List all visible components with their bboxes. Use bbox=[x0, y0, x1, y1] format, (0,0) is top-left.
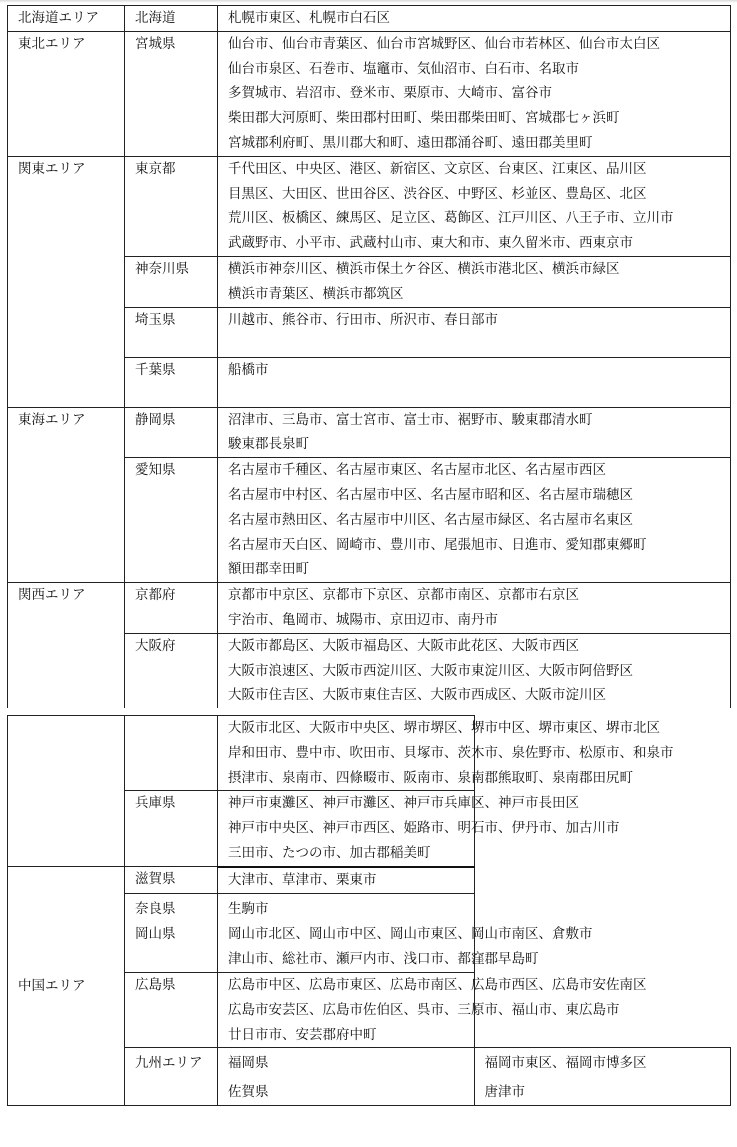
service-area-table-part2: 大阪市北区、大阪市中央区、堺市堺区、堺市中区、堺市東区、堺市北区 岸和田市、豊中… bbox=[7, 715, 731, 1106]
cities-line: 額田郡幸田町 bbox=[228, 557, 730, 582]
page-top-edge bbox=[0, 0, 737, 3]
prefecture-cell: 福岡県 佐賀県 bbox=[218, 1048, 475, 1106]
prefecture-cell: 埼玉県 bbox=[125, 307, 218, 357]
cities-cell: 名古屋市千種区、名古屋市東区、名古屋市北区、名古屋市西区 名古屋市中村区、名古屋… bbox=[218, 458, 731, 583]
cities-line: 宮城郡利府町、黒川郡大和町、遠田郡涌谷町、遠田郡美里町 bbox=[228, 131, 730, 156]
table-row: 北海道エリア 北海道 札幌市東区、札幌市白石区 bbox=[8, 6, 731, 32]
cities-line: 仙台市泉区、石巻市、塩竈市、気仙沼市、白石市、名取市 bbox=[228, 57, 730, 82]
area-cell: 関西エリア bbox=[8, 583, 125, 708]
cities-line: 宇治市、亀岡市、城陽市、京田辺市、南丹市 bbox=[228, 608, 730, 633]
cities-cell: 大阪市北区、大阪市中央区、堺市堺区、堺市中区、堺市東区、堺市北区 岸和田市、豊中… bbox=[218, 716, 475, 791]
cities-line: 京都市中京区、京都市下京区、京都市南区、京都市右京区 bbox=[228, 583, 730, 608]
prefecture-saga: 佐賀県 bbox=[228, 1080, 474, 1105]
cities-line: 札幌市東区、札幌市白石区 bbox=[228, 6, 730, 31]
prefecture-cell: 千葉県 bbox=[125, 357, 218, 407]
prefecture-cell: 大阪府 bbox=[125, 633, 218, 708]
cities-line: 大阪市住吉区、大阪市東住吉区、大阪市西成区、大阪市淀川区 bbox=[228, 683, 730, 708]
prefecture-cell: 広島県 bbox=[125, 972, 218, 1047]
cities-cell: 川越市、熊谷市、行田市、所沢市、春日部市 bbox=[218, 307, 731, 357]
cities-cell: 横浜市神奈川区、横浜市保土ケ谷区、横浜市港北区、横浜市緑区 横浜市青葉区、横浜市… bbox=[218, 256, 731, 307]
cities-line: 三田市、たつの市、加古郡稲美町 bbox=[228, 841, 474, 866]
cities-line: 川越市、熊谷市、行田市、所沢市、春日部市 bbox=[228, 308, 730, 333]
cities-cell: 船橋市 bbox=[218, 357, 731, 407]
cities-line: 名古屋市熱田区、名古屋市中川区、名古屋市緑区、名古屋市名東区 bbox=[228, 508, 730, 533]
cities-line: 摂津市、泉南市、四條畷市、阪南市、泉南郡熊取町、泉南郡田尻町 bbox=[228, 766, 474, 791]
cities-line: 駿東郡長泉町 bbox=[228, 432, 730, 457]
cities-line: 千代田区、中央区、港区、新宿区、文京区、台東区、江東区、品川区 bbox=[228, 157, 730, 182]
cities-line: 岡山市北区、岡山市中区、岡山市東区、岡山市南区、倉敷市 bbox=[228, 922, 474, 947]
cities-line: 武蔵野市、小平市、武蔵村山市、東大和市、東久留米市、西東京市 bbox=[228, 231, 730, 256]
cities-cell: 神戸市東灘区、神戸市灘区、神戸市兵庫区、神戸市長田区 神戸市中央区、神戸市西区、… bbox=[218, 791, 475, 867]
cities-line: 横浜市青葉区、横浜市都筑区 bbox=[228, 282, 730, 307]
cities-line: 目黒区、大田区、世田谷区、渋谷区、中野区、杉並区、豊島区、北区 bbox=[228, 182, 730, 207]
cities-line: 福岡市東区、福岡市博多区 bbox=[485, 1051, 731, 1076]
area-cell-continued bbox=[8, 716, 125, 867]
cities-line: 船橋市 bbox=[228, 358, 730, 383]
cities-cell: 広島市中区、広島市東区、広島市南区、広島市西区、広島市安佐南区 広島市安芸区、広… bbox=[218, 972, 475, 1047]
prefecture-cell-continued bbox=[125, 716, 218, 791]
cities-line: 広島市安芸区、広島市佐伯区、呉市、三原市、福山市、東広島市 bbox=[228, 998, 474, 1023]
cities-line: 名古屋市中村区、名古屋市中区、名古屋市昭和区、名古屋市瑞穂区 bbox=[228, 483, 730, 508]
prefecture-cell: 愛知県 bbox=[125, 458, 218, 583]
cities-line: 津山市、総社市、瀬戸内市、浅口市、都窪郡早島町 bbox=[228, 947, 474, 972]
cities-line: 横浜市神奈川区、横浜市保土ケ谷区、横浜市港北区、横浜市緑区 bbox=[228, 257, 730, 282]
cities-line: 多賀城市、岩沼市、登米市、栗原市、大崎市、富谷市 bbox=[228, 81, 730, 106]
prefecture-cell: 北海道 bbox=[125, 6, 218, 32]
prefecture-cell: 滋賀県 bbox=[125, 867, 218, 893]
cities-line: 荒川区、板橋区、練馬区、足立区、葛飾区、江戸川区、八王子市、立川市 bbox=[228, 206, 730, 231]
table-row: 東北エリア 宮城県 仙台市、仙台市青葉区、仙台市宮城野区、仙台市若林区、仙台市太… bbox=[8, 31, 731, 156]
area-cell: 東海エリア bbox=[8, 407, 125, 583]
prefecture-cell: 宮城県 bbox=[125, 31, 218, 156]
table-row: 関東エリア 東京都 千代田区、中央区、港区、新宿区、文京区、台東区、江東区、品川… bbox=[8, 156, 731, 256]
prefecture-cell: 神奈川県 bbox=[125, 256, 218, 307]
cities-cell: 生駒市 岡山市北区、岡山市中区、岡山市東区、岡山市南区、倉敷市 津山市、総社市、… bbox=[218, 893, 475, 972]
cities-cell: 札幌市東区、札幌市白石区 bbox=[218, 6, 731, 32]
table-row: 中国エリア 滋賀県 大津市、草津市、栗東市 bbox=[8, 867, 731, 893]
cities-cell: 千代田区、中央区、港区、新宿区、文京区、台東区、江東区、品川区 目黒区、大田区、… bbox=[218, 156, 731, 256]
area-cell: 中国エリア bbox=[8, 867, 125, 1106]
cities-cell: 沼津市、三島市、富士宮市、富士市、裾野市、駿東郡清水町 駿東郡長泉町 bbox=[218, 407, 731, 458]
table-row: 関西エリア 京都府 京都市中京区、京都市下京区、京都市南区、京都市右京区 宇治市… bbox=[8, 583, 731, 634]
cities-line: 柴田郡大河原町、柴田郡村田町、柴田郡柴田町、宮城郡七ヶ浜町 bbox=[228, 106, 730, 131]
cities-line: 神戸市中央区、神戸市西区、姫路市、明石市、伊丹市、加古川市 bbox=[228, 816, 474, 841]
prefecture-cell: 京都府 bbox=[125, 583, 218, 634]
prefecture-fukuoka: 福岡県 bbox=[228, 1051, 474, 1076]
table-row: 大阪市北区、大阪市中央区、堺市堺区、堺市中区、堺市東区、堺市北区 岸和田市、豊中… bbox=[8, 716, 731, 791]
cities-line: 広島市中区、広島市東区、広島市南区、広島市西区、広島市安佐南区 bbox=[228, 973, 474, 998]
cities-cell: 大阪市都島区、大阪市福島区、大阪市此花区、大阪市西区 大阪市浪速区、大阪市西淀川… bbox=[218, 633, 731, 708]
cities-line: 大津市、草津市、栗東市 bbox=[228, 868, 474, 893]
area-cell: 関東エリア bbox=[8, 156, 125, 407]
cities-line: 神戸市東灘区、神戸市灘区、神戸市兵庫区、神戸市長田区 bbox=[228, 791, 474, 816]
cities-cell: 仙台市、仙台市青葉区、仙台市宮城野区、仙台市若林区、仙台市太白区 仙台市泉区、石… bbox=[218, 31, 731, 156]
cities-line: 大阪市北区、大阪市中央区、堺市堺区、堺市中区、堺市東区、堺市北区 bbox=[228, 716, 474, 741]
area-cell: 東北エリア bbox=[8, 31, 125, 156]
cities-line: 唐津市 bbox=[485, 1080, 731, 1105]
table-row: 東海エリア 静岡県 沼津市、三島市、富士宮市、富士市、裾野市、駿東郡清水町 駿東… bbox=[8, 407, 731, 458]
cities-line: 大阪市浪速区、大阪市西淀川区、大阪市東淀川区、大阪市阿倍野区 bbox=[228, 659, 730, 684]
cities-line: 大阪市都島区、大阪市福島区、大阪市此花区、大阪市西区 bbox=[228, 634, 730, 659]
cities-cell: 大津市、草津市、栗東市 bbox=[218, 867, 475, 893]
area-cell: 北海道エリア bbox=[8, 6, 125, 32]
cities-line: 仙台市、仙台市青葉区、仙台市宮城野区、仙台市若林区、仙台市太白区 bbox=[228, 32, 730, 57]
cities-line: 沼津市、三島市、富士宮市、富士市、裾野市、駿東郡清水町 bbox=[228, 408, 730, 433]
service-area-table-part1: 北海道エリア 北海道 札幌市東区、札幌市白石区 東北エリア 宮城県 仙台市、仙台… bbox=[7, 5, 731, 708]
cities-line: 岸和田市、豊中市、吹田市、貝塚市、茨木市、泉佐野市、松原市、和泉市 bbox=[228, 741, 474, 766]
cities-line: 名古屋市千種区、名古屋市東区、名古屋市北区、名古屋市西区 bbox=[228, 458, 730, 483]
cities-line: 名古屋市天白区、岡崎市、豊川市、尾張旭市、日進市、愛知郡東郷町 bbox=[228, 533, 730, 558]
prefecture-cell: 東京都 bbox=[125, 156, 218, 256]
area-cell: 九州エリア bbox=[125, 1048, 218, 1106]
cities-line: 生駒市 bbox=[228, 897, 474, 922]
prefecture-cell: 静岡県 bbox=[125, 407, 218, 458]
prefecture-cell: 兵庫県 bbox=[125, 791, 218, 867]
prefecture-nara: 奈良県 bbox=[135, 897, 217, 922]
prefecture-okayama: 岡山県 bbox=[135, 922, 217, 947]
cities-cell: 福岡市東区、福岡市博多区 唐津市 bbox=[474, 1048, 731, 1106]
cities-line: 廿日市市、安芸郡府中町 bbox=[228, 1023, 474, 1048]
prefecture-cell: 奈良県 岡山県 bbox=[125, 893, 218, 972]
cities-cell: 京都市中京区、京都市下京区、京都市南区、京都市右京区 宇治市、亀岡市、城陽市、京… bbox=[218, 583, 731, 634]
